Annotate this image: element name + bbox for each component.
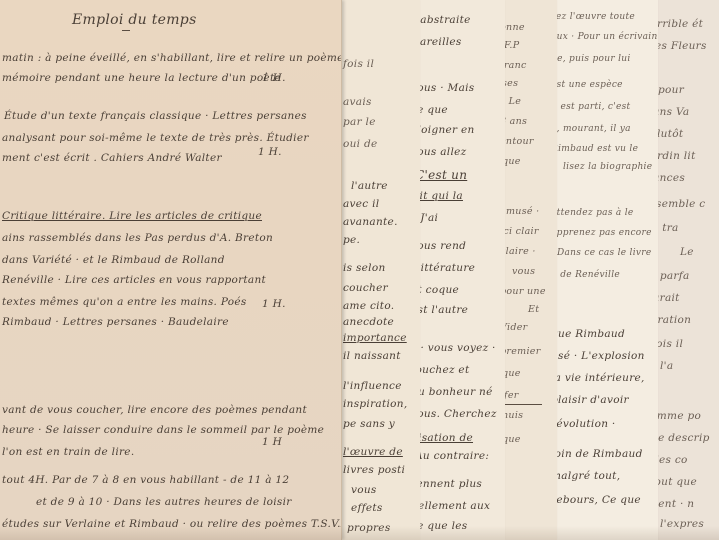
text-line: ains rassemblés dans les Pas perdus d'A.…: [2, 232, 273, 244]
text-line: effets: [351, 502, 383, 514]
text-line: oui de: [343, 138, 378, 150]
text-line: uellement aux: [411, 500, 490, 512]
text-line: révolution ·: [551, 418, 616, 430]
text-line: ne, puis pour lui: [551, 54, 631, 64]
text-line: attendez pas à le: [551, 208, 634, 218]
text-line: mémoire pendant une heure la lecture d'u…: [2, 72, 281, 84]
text-line: pe.: [343, 234, 360, 246]
text-line: ame cito.: [343, 300, 394, 312]
text-line: inspiration,: [343, 398, 407, 410]
text-line: éloigner en: [411, 124, 475, 136]
manuscript-page-4: onne F.P franc ses · Le 8 ans entour que…: [497, 0, 557, 540]
text-line: d de Renéville: [551, 270, 620, 280]
duration-label: 1 H: [262, 436, 282, 448]
text-line: Critique littéraire. Lire les articles d…: [2, 210, 262, 222]
text-line: l'influence: [343, 380, 402, 392]
text-line: vous: [351, 484, 377, 496]
text-line: fois il: [343, 58, 374, 70]
text-line: claire ·: [500, 246, 536, 257]
text-line: é, mourant, il ya: [551, 124, 631, 134]
text-line: est une espèce: [551, 80, 623, 90]
text-line: anecdote: [343, 316, 394, 328]
text-line: F.P: [504, 40, 519, 51]
text-line: usé · L'explosion: [551, 350, 645, 362]
text-line: vous · Mais: [411, 82, 474, 94]
manuscript-page-5: sez l'œuvre toute eux · Pour un écrivain…: [548, 0, 658, 540]
text-line: nisation de: [411, 432, 473, 444]
text-line: l'autre: [351, 180, 388, 192]
text-line: par le: [343, 116, 376, 128]
text-line: rebours, Ce que: [551, 494, 641, 506]
duration-label: 1 H.: [262, 72, 286, 84]
text-line: coucher: [343, 282, 388, 294]
text-line: il est parti, c'est: [551, 102, 630, 112]
manuscript-page-1: Emploi du temps matin : à peine éveillé,…: [0, 0, 342, 540]
text-line: Rimbaud est vu le: [551, 144, 638, 154]
text-line: rennent plus: [411, 478, 482, 490]
text-line: Le: [680, 246, 694, 258]
text-line: Étude d'un texte français classique · Le…: [4, 110, 307, 122]
text-line: analysant pour soi-même le texte de très…: [2, 132, 309, 144]
text-line: pe sans y: [343, 418, 395, 430]
text-line: vant de vous coucher, lire encore des po…: [2, 404, 307, 416]
text-line: du bonheur né: [411, 386, 493, 398]
text-line: et de 9 à 10 · Dans les autres heures de…: [36, 496, 292, 508]
text-line: , abstraite: [413, 14, 471, 26]
text-line: eux · Pour un écrivain: [551, 32, 658, 42]
bottom-edge-shadow: [0, 526, 719, 540]
text-line: Renéville · Lire ces articles en vous ra…: [2, 274, 266, 286]
text-line: fer: [504, 390, 519, 401]
text-line: l'a: [660, 360, 673, 372]
text-line: avais: [343, 96, 372, 108]
text-line: vous. Cherchez: [411, 408, 497, 420]
text-line: avec il: [343, 198, 379, 210]
duration-label: 1 H.: [258, 146, 282, 158]
text-line: premier: [500, 346, 541, 357]
text-line: apprenez pas encore: [551, 228, 652, 238]
text-line: ici clair: [500, 226, 539, 237]
text-line: l'on est en train de lire.: [2, 446, 134, 458]
text-line: C'est un: [415, 168, 467, 182]
text-line: ment c'est écrit . Cahiers André Walter: [2, 152, 222, 164]
text-line: livres posti: [343, 464, 405, 476]
text-line: tout 4H. Par de 7 à 8 en vous habillant …: [2, 474, 289, 486]
text-line: Et: [528, 304, 539, 315]
text-line: Au contraire:: [415, 450, 489, 462]
text-line: vous: [512, 266, 535, 277]
text-line: amusé ·: [500, 206, 539, 217]
text-line: matin : à peine éveillé, en s'habillant,…: [2, 52, 342, 64]
text-line: malgré tout,: [551, 470, 620, 482]
text-line: l'œuvre de: [343, 446, 403, 458]
text-line: semble c: [656, 198, 705, 210]
text-line: que Rimbaud: [551, 328, 625, 340]
text-line: nuis: [502, 410, 523, 421]
text-line: ait qui la: [413, 190, 463, 202]
text-line: is selon: [343, 262, 386, 274]
manuscript-page-3: , abstraite pareilles vous · Mais ce que…: [410, 0, 505, 540]
text-line: la vie intérieure,: [551, 372, 645, 384]
text-line: plaisir d'avoir: [551, 394, 629, 406]
text-line: importance: [343, 332, 407, 344]
text-line: littérature: [417, 262, 475, 274]
duration-label: 1 H.: [262, 298, 286, 310]
text-line: pareilles: [413, 36, 462, 48]
text-line: Dans ce cas le livre: [557, 248, 652, 258]
text-line: pour: [658, 84, 684, 96]
text-line: heure · Se laisser conduire dans le somm…: [2, 424, 324, 436]
text-line: z · vous voyez ·: [411, 342, 496, 354]
underline: [122, 30, 130, 31]
text-line: loin de Rimbaud: [551, 448, 643, 460]
text-line: avanante.: [343, 216, 398, 228]
text-line: Rimbaud · Lettres persanes · Baudelaire: [2, 316, 229, 328]
manuscript-page-2: fois il avais par le oui de l'autre avec…: [340, 0, 420, 540]
text-line: dans Variété · et le Rimbaud de Rolland: [2, 254, 225, 266]
text-line: pour une: [500, 286, 546, 297]
text-line: textes mêmes qu'on a entre les mains. Po…: [2, 296, 247, 308]
text-line: sez l'œuvre toute: [551, 12, 635, 22]
text-line: il naissant: [343, 350, 401, 362]
underline: [502, 404, 542, 405]
text-line: lisez la biographie: [563, 162, 652, 172]
page-title: Emploi du temps: [72, 12, 197, 28]
text-line: entour: [500, 136, 534, 147]
